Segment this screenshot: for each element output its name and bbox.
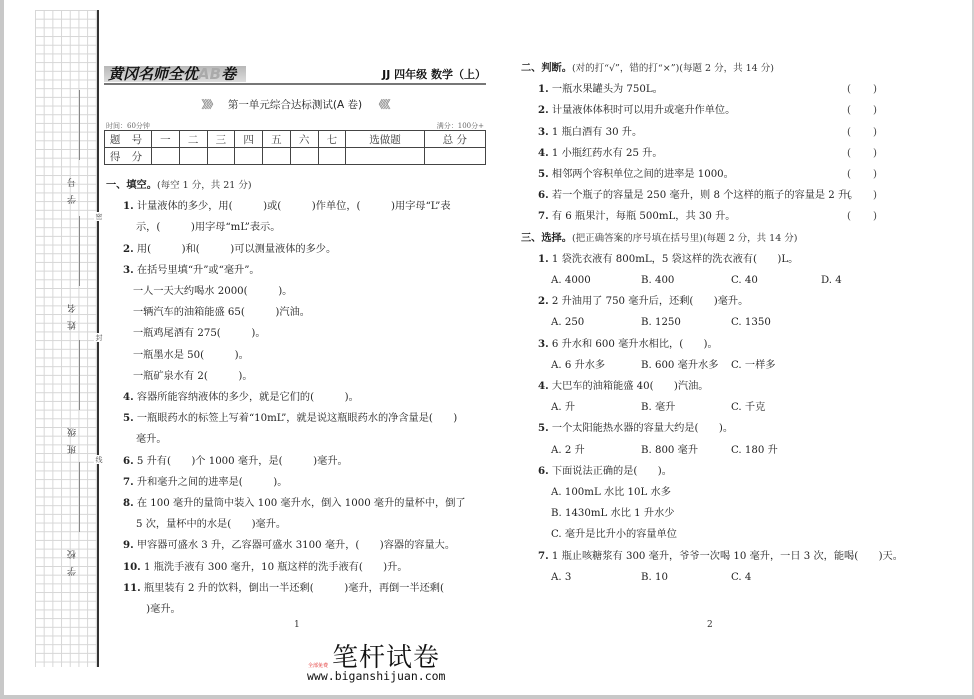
judge-question: 5. 相邻两个容积单位之间的进率是 1000。(): [521, 164, 911, 185]
question-line: 5 次，量杯中的水是( )毫升。: [106, 514, 488, 535]
question-text: 一瓶墨水是 50( )。: [133, 350, 249, 361]
choice-option: B. 1250: [641, 312, 731, 333]
page-frame-left: [0, 0, 4, 699]
question-number: 1.: [123, 200, 134, 212]
score-table: 题 号一二三四五六七选做题总 分 得 分: [104, 130, 486, 165]
choice-option: C. 1350: [731, 312, 821, 333]
question-line: 7. 升和毫升之间的进率是( )。: [106, 472, 488, 493]
judge-question: 2. 计量液体体积时可以用升或毫升作单位。(): [521, 100, 911, 121]
brand-ab: AB: [198, 65, 221, 83]
choice-options: A. 4000B. 400C. 40D. 4: [521, 270, 911, 291]
question-text: 有 6 瓶果汁，每瓶 500mL，共 30 升。: [549, 211, 736, 222]
brand-logo: 黄冈名师全优AB卷: [108, 63, 236, 84]
question-number: 7.: [123, 476, 134, 488]
question-line: 11. 瓶里装有 2 升的饮料，倒出一半还剩( )毫升，再倒一半还剩(: [106, 578, 488, 599]
section-title-choice: 三、选择。(把正确答案的序号填在括号里)(每题 2 分，共 14 分): [521, 228, 911, 249]
choice-question: 2. 2 升油用了 750 毫升后，还剩( )毫升。: [521, 291, 911, 312]
choice-option: C. 40: [731, 270, 821, 291]
score-header-cell: 题 号: [105, 131, 152, 148]
score-table-score-row: 得 分: [105, 148, 486, 165]
question-text: 在 100 毫升的量筒中装入 100 毫升水，倒入 1000 毫升的量杯中，倒了: [134, 498, 466, 509]
question-line: 9. 甲容器可盛水 3 升，乙容器可盛水 3100 毫升，( )容器的容量大。: [106, 535, 488, 556]
question-number: 4.: [538, 147, 549, 159]
score-cell: [207, 148, 235, 165]
choice-option: A. 250: [551, 312, 641, 333]
question-number: 6.: [123, 455, 134, 467]
question-text: 5 次，量杯中的水是( )毫升。: [136, 519, 286, 530]
section-title-fill-blank: 一、填空。(每空 1 分，共 21 分): [106, 175, 488, 196]
question-text: 相邻两个容积单位之间的进率是 1000。: [549, 169, 734, 180]
choice-option: B. 1430mL 水比 1 升水少: [521, 503, 911, 524]
choice-option: C. 毫升是比升小的容量单位: [521, 524, 911, 545]
question-text: 一辆汽车的油箱能盛 65( )汽油。: [133, 307, 310, 318]
question-text: 6 升水和 600 毫升水相比，( )。: [549, 339, 718, 350]
question-number: 10.: [123, 561, 141, 573]
question-number: 9.: [123, 539, 134, 551]
score-cell: [179, 148, 207, 165]
question-number: 5.: [538, 422, 549, 434]
choice-option: A. 升: [551, 397, 641, 418]
score-header-cell: 一: [152, 131, 180, 148]
page-number-left: 1: [294, 620, 300, 630]
question-text: 计量液体体积时可以用升或毫升作单位。: [549, 105, 736, 116]
question-text: 升和毫升之间的进率是( )。: [134, 477, 288, 488]
choice-option: B. 800 毫升: [641, 440, 731, 461]
choice-question: 5. 一个太阳能热水器的容量大约是( )。: [521, 418, 911, 439]
field-underline: [79, 340, 80, 410]
question-line: 2. 用( )和( )可以测量液体的多少。: [106, 239, 488, 260]
question-text: 用( )和( )可以测量液体的多少。: [134, 244, 337, 255]
question-line: 毫升。: [106, 429, 488, 450]
field-label-0: 学号: [66, 170, 79, 204]
answer-bracket[interactable]: (): [847, 185, 899, 206]
question-number: 7.: [538, 210, 549, 222]
question-line: 5. 一瓶眼药水的标签上写着“10mL”，就是说这瓶眼药水的净含量是( ): [106, 408, 488, 429]
question-text: 1 瓶白酒有 30 升。: [549, 127, 643, 138]
fill-blank-questions: 1. 计量液体的多少，用( )或( )作单位，( )用字母“L”表示，( )用字…: [106, 196, 488, 620]
seal-word: 封: [94, 333, 104, 342]
question-text: 一瓶眼药水的标签上写着“10mL”，就是说这瓶眼药水的净含量是( ): [134, 413, 458, 424]
choice-option: A. 100mL 水比 10L 水多: [521, 482, 911, 503]
question-number: 6.: [538, 465, 549, 477]
answer-bracket[interactable]: (): [847, 164, 899, 185]
choice-option: D. 4: [821, 270, 911, 291]
arrow-left-icon: 《《《: [373, 99, 388, 111]
question-number: 5.: [123, 412, 134, 424]
question-line: 3. 在括号里填“升”或“毫升”。: [106, 260, 488, 281]
choice-option: C. 4: [731, 567, 821, 588]
choice-option: C. 180 升: [731, 440, 821, 461]
score-table-header-row: 题 号一二三四五六七选做题总 分: [105, 131, 486, 148]
choice-options: A. 3B. 10C. 4: [521, 567, 911, 588]
field-label-3: 学校: [66, 542, 79, 576]
field-underline: [79, 462, 80, 532]
question-line: 一瓶鸡尾酒有 275( )。: [106, 323, 488, 344]
judge-question: 1. 一瓶水果罐头为 750L。(): [521, 79, 911, 100]
question-number: 3.: [538, 338, 549, 350]
judge-questions: 1. 一瓶水果罐头为 750L。()2. 计量液体体积时可以用升或毫升作单位。(…: [521, 79, 911, 227]
question-number: 4.: [123, 391, 134, 403]
question-number: 7.: [538, 550, 549, 562]
question-text: 一个太阳能热水器的容量大约是( )。: [549, 423, 733, 434]
choice-options: A. 2 升B. 800 毫升C. 180 升: [521, 440, 911, 461]
question-number: 5.: [538, 168, 549, 180]
choice-questions: 1. 1 袋洗衣液有 800mL，5 袋这样的洗衣液有( )L。A. 4000B…: [521, 249, 911, 588]
question-text: 在括号里填“升”或“毫升”。: [134, 265, 260, 276]
answer-bracket[interactable]: (): [847, 100, 899, 121]
page-frame-bottom: [0, 695, 974, 699]
question-text: 5 升有( )个 1000 毫升，是( )毫升。: [134, 456, 348, 467]
choice-option: A. 4000: [551, 270, 641, 291]
question-text: 一人一天大约喝水 2000( )。: [133, 286, 292, 297]
field-label-2: 班级: [66, 420, 79, 454]
choice-options: A. 升B. 毫升C. 千克: [521, 397, 911, 418]
seal-word: 线: [94, 455, 104, 464]
question-text: 若一个瓶子的容量是 250 毫升，则 8 个这样的瓶子的容量是 2 升。: [549, 190, 859, 201]
question-text: 一瓶矿泉水有 2( )。: [133, 371, 253, 382]
question-number: 3.: [123, 264, 134, 276]
question-number: 11.: [123, 582, 141, 594]
choice-option: C. 千克: [731, 397, 821, 418]
choice-option: A. 3: [551, 567, 641, 588]
question-number: 2.: [538, 295, 549, 307]
choice-option: B. 400: [641, 270, 731, 291]
question-text: 一瓶水果罐头为 750L。: [549, 84, 663, 95]
question-line: 示，( )用字母“mL”表示。: [106, 217, 488, 238]
score-cell: [290, 148, 318, 165]
question-text: 1 袋洗衣液有 800mL，5 袋这样的洗衣液有( )L。: [549, 254, 799, 265]
choice-options: A. 6 升水多B. 600 毫升水多C. 一样多: [521, 355, 911, 376]
score-cell: [152, 148, 180, 165]
score-header-cell: 五: [263, 131, 291, 148]
judge-question: 7. 有 6 瓶果汁，每瓶 500mL，共 30 升。(): [521, 206, 911, 227]
seal-word: 密: [94, 212, 104, 221]
choice-option: B. 毫升: [641, 397, 731, 418]
question-text: 瓶里装有 2 升的饮料，倒出一半还剩( )毫升，再倒一半还剩(: [141, 583, 444, 594]
question-number: 3.: [538, 126, 549, 138]
left-column: 一、填空。(每空 1 分，共 21 分) 1. 计量液体的多少，用( )或( )…: [106, 175, 488, 620]
question-text: 下面说法正确的是( )。: [549, 466, 672, 477]
choice-option: B. 600 毫升水多: [641, 355, 731, 376]
question-text: 1 瓶止咳糖浆有 300 毫升，爷爷一次喝 10 毫升，一日 3 次，能喝( )…: [549, 551, 903, 562]
answer-bracket[interactable]: (): [847, 206, 899, 227]
choice-option: A. 2 升: [551, 440, 641, 461]
score-cell: [263, 148, 291, 165]
question-line: 一瓶墨水是 50( )。: [106, 345, 488, 366]
question-number: 6.: [538, 189, 549, 201]
unit-title-text: 第一单元综合达标测试(A 卷): [228, 99, 362, 111]
question-text: )毫升。: [136, 604, 181, 615]
question-line: 10. 1 瓶洗手液有 300 毫升，10 瓶这样的洗手液有( )升。: [106, 557, 488, 578]
field-underline: [79, 90, 80, 160]
choice-question: 4. 大巴车的油箱能盛 40( )汽油。: [521, 376, 911, 397]
brand-name: 黄冈名师全优: [108, 65, 198, 83]
question-number: 1.: [538, 253, 549, 265]
score-header-cell: 七: [318, 131, 346, 148]
choice-question: 3. 6 升水和 600 毫升水相比，( )。: [521, 334, 911, 355]
section-note: (每空 1 分，共 21 分): [157, 180, 252, 191]
question-line: 一人一天大约喝水 2000( )。: [106, 281, 488, 302]
brand-header: 黄冈名师全优AB卷 JJ 四年级 数学（上）: [104, 63, 486, 85]
answer-bracket[interactable]: (): [847, 143, 899, 164]
question-text: 毫升。: [136, 434, 167, 445]
score-header-cell: 三: [207, 131, 235, 148]
answer-bracket[interactable]: (): [847, 122, 899, 143]
score-cell: [235, 148, 263, 165]
choice-option: C. 一样多: [731, 355, 821, 376]
score-cell: [346, 148, 424, 165]
section-title: 二、判断。: [521, 63, 572, 74]
question-number: 8.: [123, 497, 134, 509]
watermark-url: www.biganshijuan.com: [307, 669, 445, 683]
question-number: 4.: [538, 380, 549, 392]
section-note: (对的打“√”，错的打“×”)(每题 2 分，共 14 分): [572, 63, 774, 74]
score-row-label: 得 分: [105, 148, 152, 165]
question-text: 2 升油用了 750 毫升后，还剩( )毫升。: [549, 296, 749, 307]
question-number: 1.: [538, 83, 549, 95]
question-text: 示，( )用字母“mL”表示。: [136, 222, 280, 233]
question-text: 甲容器可盛水 3 升，乙容器可盛水 3100 毫升，( )容器的容量大。: [134, 540, 455, 551]
page-number-right: 2: [707, 620, 713, 630]
score-header-cell: 选做题: [346, 131, 424, 148]
score-header-cell: 总 分: [424, 131, 485, 148]
judge-question: 4. 1 小瓶红药水有 25 升。(): [521, 143, 911, 164]
section-title-judge: 二、判断。(对的打“√”，错的打“×”)(每题 2 分，共 14 分): [521, 58, 911, 79]
judge-question: 6. 若一个瓶子的容量是 250 毫升，则 8 个这样的瓶子的容量是 2 升。(…: [521, 185, 911, 206]
question-line: )毫升。: [106, 599, 488, 620]
question-text: 1 小瓶红药水有 25 升。: [549, 148, 663, 159]
question-text: 计量液体的多少，用( )或( )作单位，( )用字母“L”表: [134, 201, 451, 212]
answer-bracket[interactable]: (): [847, 79, 899, 100]
judge-question: 3. 1 瓶白酒有 30 升。(): [521, 122, 911, 143]
field-label-1: 姓名: [66, 296, 79, 330]
unit-test-title: 》》》 第一单元综合达标测试(A 卷) 《《《: [104, 97, 486, 112]
question-text: 一瓶鸡尾酒有 275( )。: [133, 328, 266, 339]
field-underline: [79, 216, 80, 286]
choice-options: A. 250B. 1250C. 1350: [521, 312, 911, 333]
score-header-cell: 六: [290, 131, 318, 148]
choice-question: 7. 1 瓶止咳糖浆有 300 毫升，爷爷一次喝 10 毫升，一日 3 次，能喝…: [521, 546, 911, 567]
choice-option: A. 6 升水多: [551, 355, 641, 376]
arrow-right-icon: 》》》: [202, 99, 217, 111]
score-cell: [424, 148, 485, 165]
section-title: 三、选择。: [521, 233, 572, 244]
choice-question: 6. 下面说法正确的是( )。: [521, 461, 911, 482]
question-line: 6. 5 升有( )个 1000 毫升，是( )毫升。: [106, 451, 488, 472]
grade-subject: JJ 四年级 数学（上）: [382, 66, 486, 82]
question-line: 一瓶矿泉水有 2( )。: [106, 366, 488, 387]
choice-option: B. 10: [641, 567, 731, 588]
question-text: 1 瓶洗手液有 300 毫升，10 瓶这样的洗手液有( )升。: [141, 562, 408, 573]
section-title: 一、填空。: [106, 180, 157, 191]
question-line: 1. 计量液体的多少，用( )或( )作单位，( )用字母“L”表: [106, 196, 488, 217]
question-text: 容器所能容纳液体的多少，就是它们的( )。: [134, 392, 359, 403]
choice-question: 1. 1 袋洗衣液有 800mL，5 袋这样的洗衣液有( )L。: [521, 249, 911, 270]
question-text: 大巴车的油箱能盛 40( )汽油。: [549, 381, 709, 392]
score-cell: [318, 148, 346, 165]
question-line: 4. 容器所能容纳液体的多少，就是它们的( )。: [106, 387, 488, 408]
question-number: 2.: [538, 104, 549, 116]
score-header-cell: 二: [179, 131, 207, 148]
question-number: 2.: [123, 243, 134, 255]
score-header-cell: 四: [235, 131, 263, 148]
section-note: (把正确答案的序号填在括号里)(每题 2 分，共 14 分): [572, 233, 798, 244]
watermark-tag: 全部免费: [308, 662, 328, 669]
question-line: 8. 在 100 毫升的量筒中装入 100 毫升水，倒入 1000 毫升的量杯中…: [106, 493, 488, 514]
brand-suffix: 卷: [221, 65, 236, 83]
right-column: 二、判断。(对的打“√”，错的打“×”)(每题 2 分，共 14 分) 1. 一…: [521, 58, 911, 588]
question-line: 一辆汽车的油箱能盛 65( )汽油。: [106, 302, 488, 323]
